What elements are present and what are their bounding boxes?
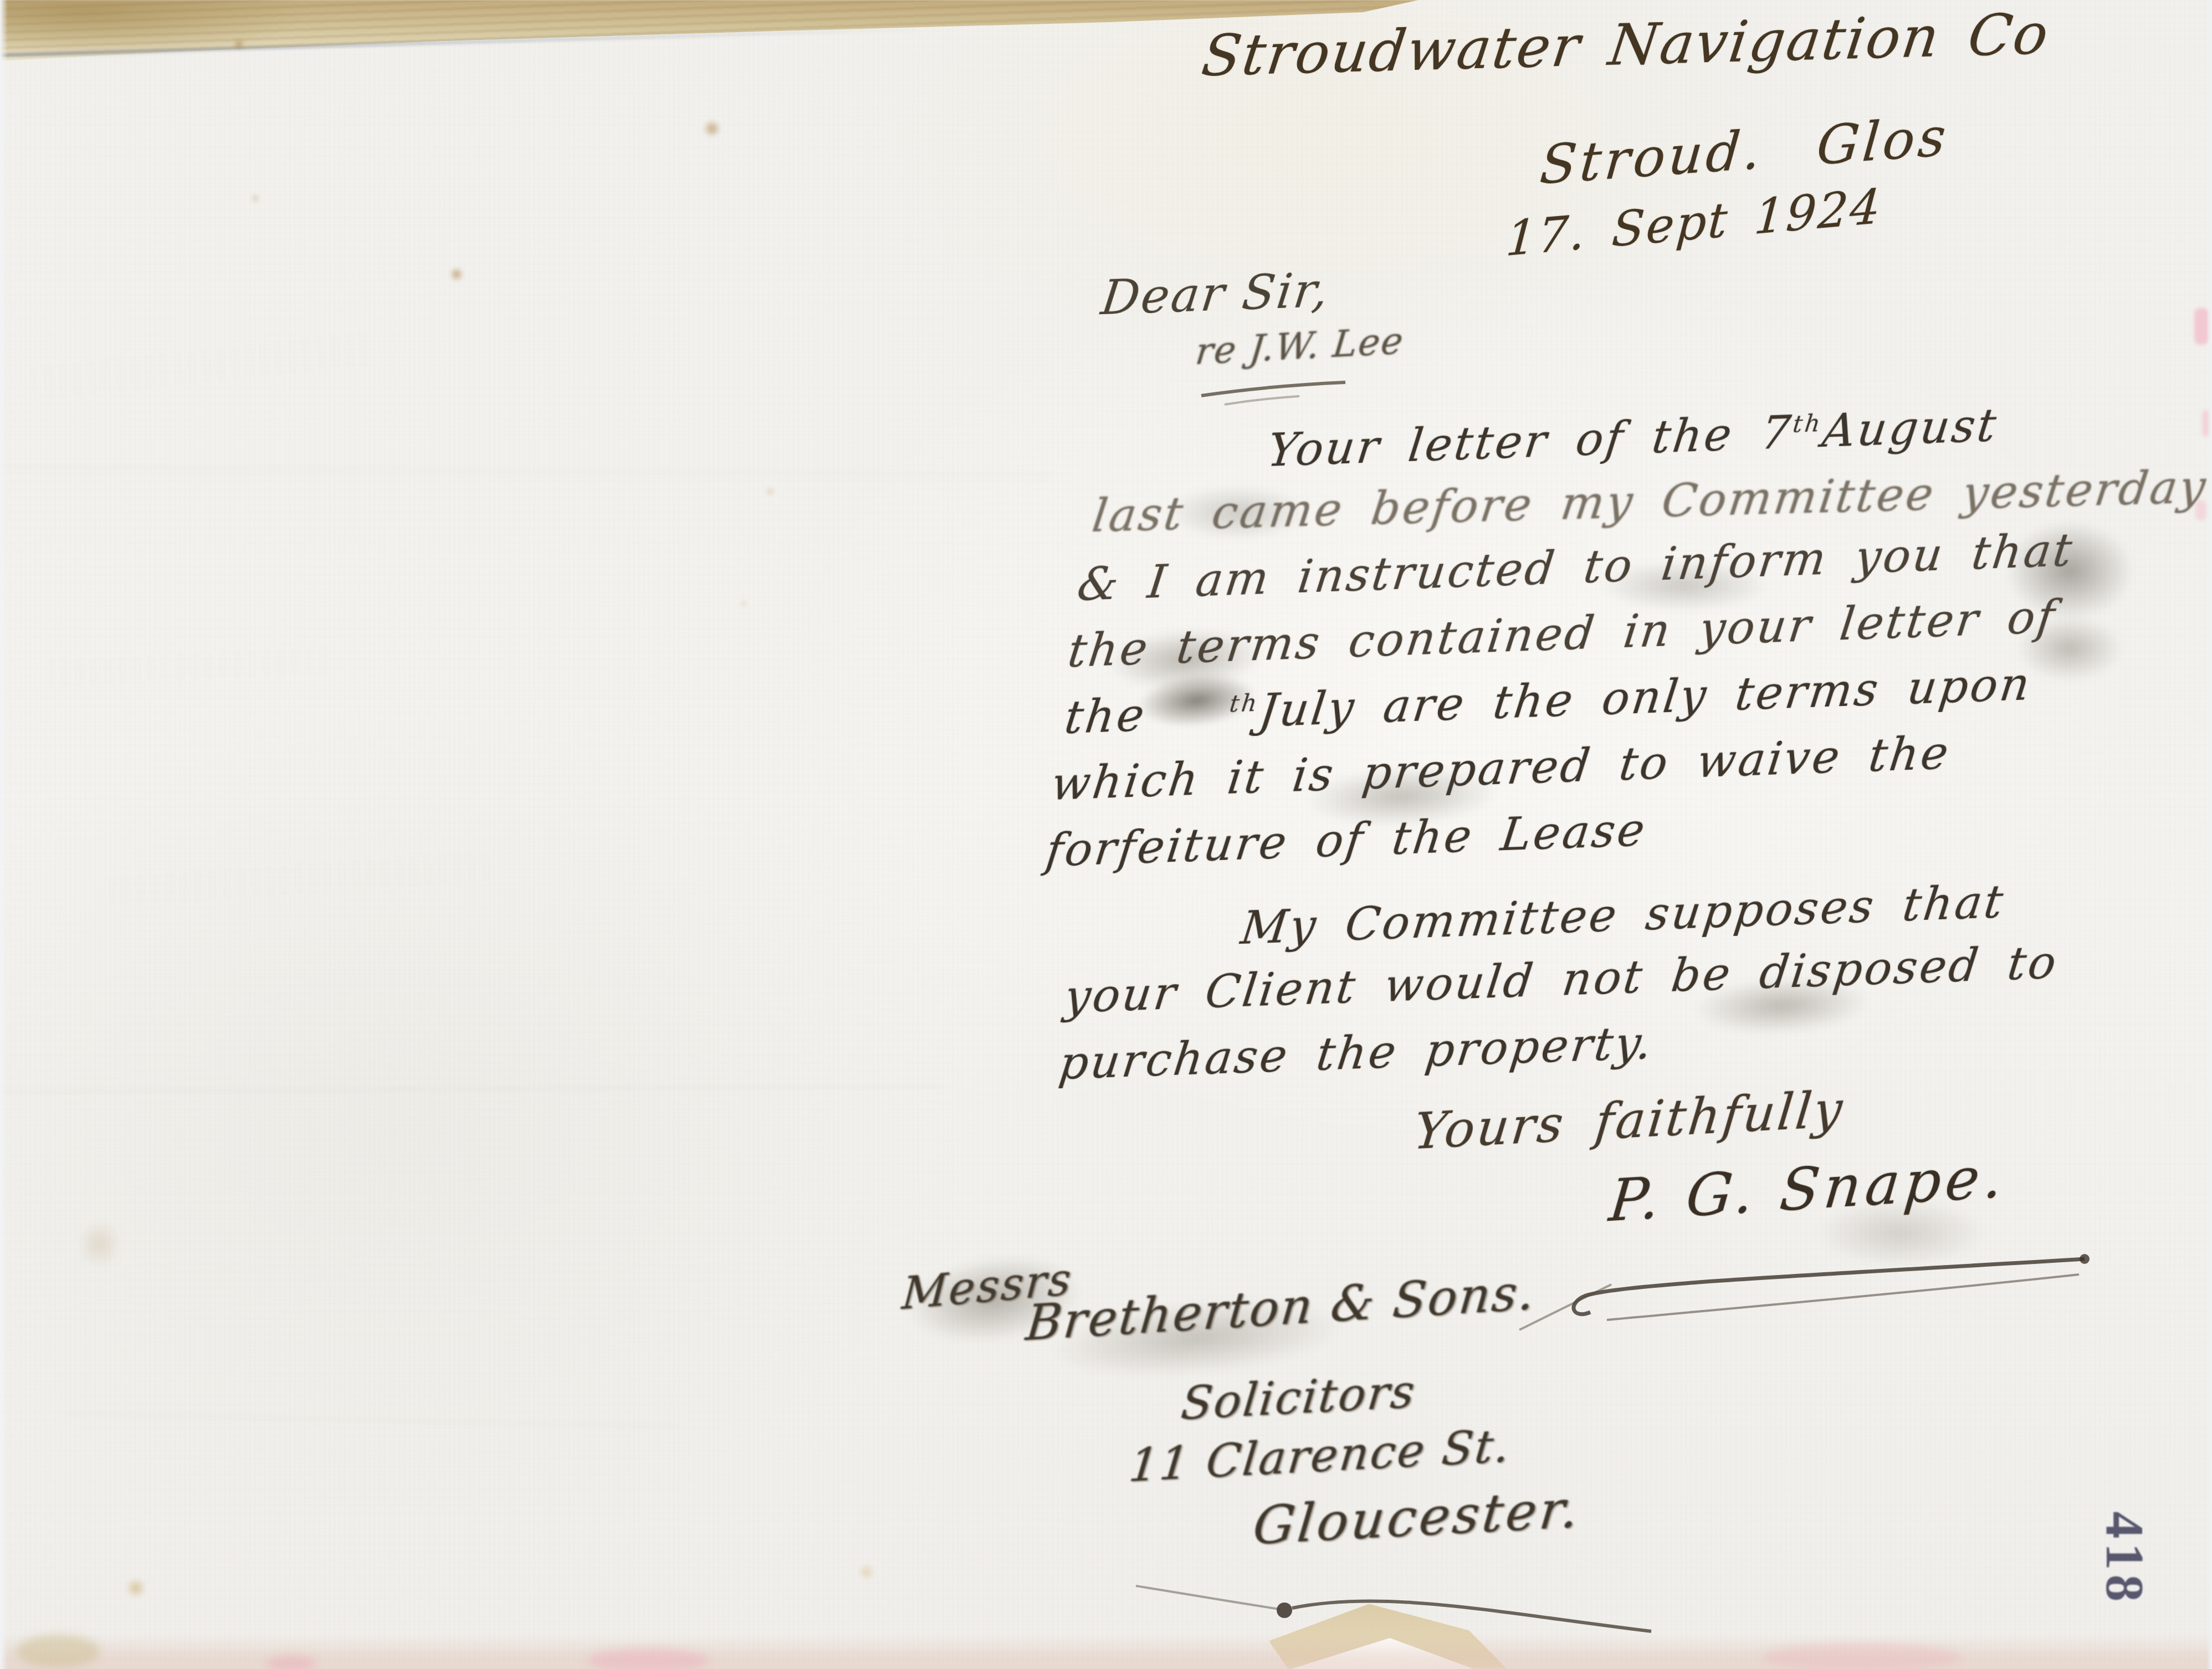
foxing-spot (703, 120, 721, 137)
scan-edge-left (0, 0, 8, 1669)
pink-tint (266, 1656, 316, 1669)
foxing-spot (233, 39, 245, 50)
pink-tint (1762, 1643, 1962, 1669)
foxing-spot (765, 487, 776, 496)
foxing-spot (449, 267, 464, 281)
foxing-spot (739, 600, 748, 607)
archive-number: 418 (2094, 1494, 2155, 1623)
scan-edge-right (2206, 0, 2212, 1669)
ink-blot-illegible-day (1146, 722, 1230, 730)
foxing-spot (125, 1578, 147, 1598)
pink-edge-mark (2195, 500, 2206, 521)
foxing-spot (858, 1564, 875, 1580)
foxing-spot (250, 194, 260, 203)
stain-smear (83, 1216, 116, 1272)
tan-tint (17, 1635, 100, 1668)
pink-tint (587, 1648, 709, 1669)
archive-number-text: 418 (2093, 1512, 2155, 1606)
scanned-letter-page: Stroudwater Navigation Co Stroud. Glos 1… (0, 0, 2212, 1669)
salutation: Dear Sir, (1100, 263, 1330, 326)
